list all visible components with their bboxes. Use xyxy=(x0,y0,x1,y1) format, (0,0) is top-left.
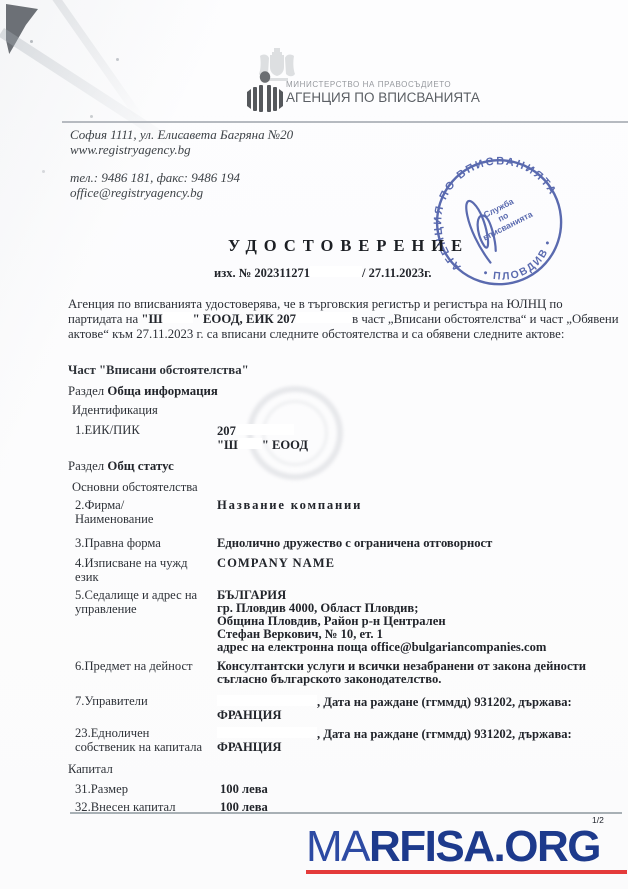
header-divider xyxy=(62,121,628,123)
field-label-firma-1: 2.Фирма/ xyxy=(75,499,124,513)
section-obsht-status: Раздел Общ статус xyxy=(68,460,174,474)
section-part1: Част "Вписани обстоятелства" xyxy=(68,364,249,378)
field-label-razmer: 31.Размер xyxy=(75,783,128,797)
brand-red-underline xyxy=(306,870,627,874)
svg-text:• ПЛОВДИВ •: • ПЛОВДИВ • xyxy=(478,234,564,296)
subsection-osnovni: Основни обстоятелства xyxy=(72,481,198,495)
field-value-company: "Ш" ЕООД xyxy=(217,438,308,453)
intro-line3: актове“ към 27.11.2023 г. са вписани сле… xyxy=(68,327,564,342)
scanned-certificate-page: МИНИСТЕРСТВО НА ПРАВОСЪДИЕТО АГЕНЦИЯ ПО … xyxy=(0,0,628,889)
agency-phone-fax: тел.: 9486 181, факс: 9486 194 xyxy=(70,170,240,185)
intro-line2: партидата на "Ш" ЕООД, ЕИК 207в част „Вп… xyxy=(68,312,619,327)
field-label-sedalishte-1: 5.Седалище и адрес на xyxy=(75,589,197,603)
redaction-box xyxy=(217,727,317,738)
subsection-identifikacia: Идентификация xyxy=(72,404,158,418)
field-label-predmet: 6.Предмет на дейност xyxy=(75,660,193,674)
reference-number-line: изх. № 202311271/ 27.11.2023г. xyxy=(214,266,432,281)
field-value-ednolichen-2: ФРАНЦИЯ xyxy=(217,741,281,755)
redaction-box xyxy=(238,438,262,449)
document-title: УДОСТОВЕРЕНИЕ xyxy=(228,236,469,256)
field-label-foreign-1: 4.Изписване на чужд xyxy=(75,557,187,571)
field-label-eik: 1.ЕИК/ПИК xyxy=(75,424,140,438)
footer-divider xyxy=(70,812,622,814)
field-label-pravna: 3.Правна форма xyxy=(75,537,161,551)
field-label-ednolichen-2: собственик на капитала xyxy=(75,741,202,755)
agency-website: www.registryagency.bg xyxy=(70,142,191,157)
ministry-name: МИНИСТЕРСТВО НА ПРАВОСЪДИЕТО xyxy=(286,80,451,89)
ref-prefix: изх. № 202311271 xyxy=(214,266,310,280)
agency-address: София 1111, ул. Елисавета Багряна №20 xyxy=(70,127,293,142)
field-label-ednolichen-1: 23.Едноличен xyxy=(75,727,149,741)
field-value-predmet-2: съгласно българското законодателство. xyxy=(217,673,441,687)
field-value-upraviteli-2: ФРАНЦИЯ xyxy=(217,709,281,723)
redaction-box xyxy=(217,695,317,706)
redaction-box xyxy=(310,266,362,277)
ref-date: / 27.11.2023г. xyxy=(362,266,432,280)
field-value-eik: 207 xyxy=(217,424,294,439)
field-value-foreign: COMPANY NAME xyxy=(217,557,335,571)
marfisa-watermark: MARFISA.ORG xyxy=(306,822,600,872)
brand-dot: . xyxy=(494,822,505,871)
redaction-box xyxy=(296,312,352,323)
subsection-kapital: Капитал xyxy=(68,763,113,777)
field-label-firma-2: Наименование xyxy=(75,513,153,527)
section-obshta-informacia: Раздел Обща информация xyxy=(68,385,218,399)
brand-rfisa: RFISA xyxy=(369,822,494,871)
field-value-firma: Название компании xyxy=(217,499,362,513)
redaction-box xyxy=(163,312,193,323)
agency-email: office@registryagency.bg xyxy=(70,185,203,200)
field-label-upraviteli: 7.Управители xyxy=(75,695,148,709)
field-value-pravna: Еднолично дружество с ограничена отговор… xyxy=(217,537,492,551)
field-value-company-email: адрес на електронна поща office@bulgaria… xyxy=(217,641,546,655)
brand-ma: MA xyxy=(306,822,369,871)
agency-name: АГЕНЦИЯ ПО ВПИСВАНИЯТА xyxy=(286,90,480,105)
scan-speckles xyxy=(30,40,33,43)
scan-fold-streak xyxy=(51,0,144,121)
agency-logo-icon xyxy=(246,70,284,112)
field-label-sedalishte-2: управление xyxy=(75,603,137,617)
redaction-box xyxy=(236,424,294,435)
brand-org: ORG xyxy=(504,822,600,871)
field-value-razmer: 100 лева xyxy=(220,783,268,797)
intro-line1: Агенция по вписванията удостоверява, че … xyxy=(68,297,563,312)
field-label-foreign-2: език xyxy=(75,571,99,585)
